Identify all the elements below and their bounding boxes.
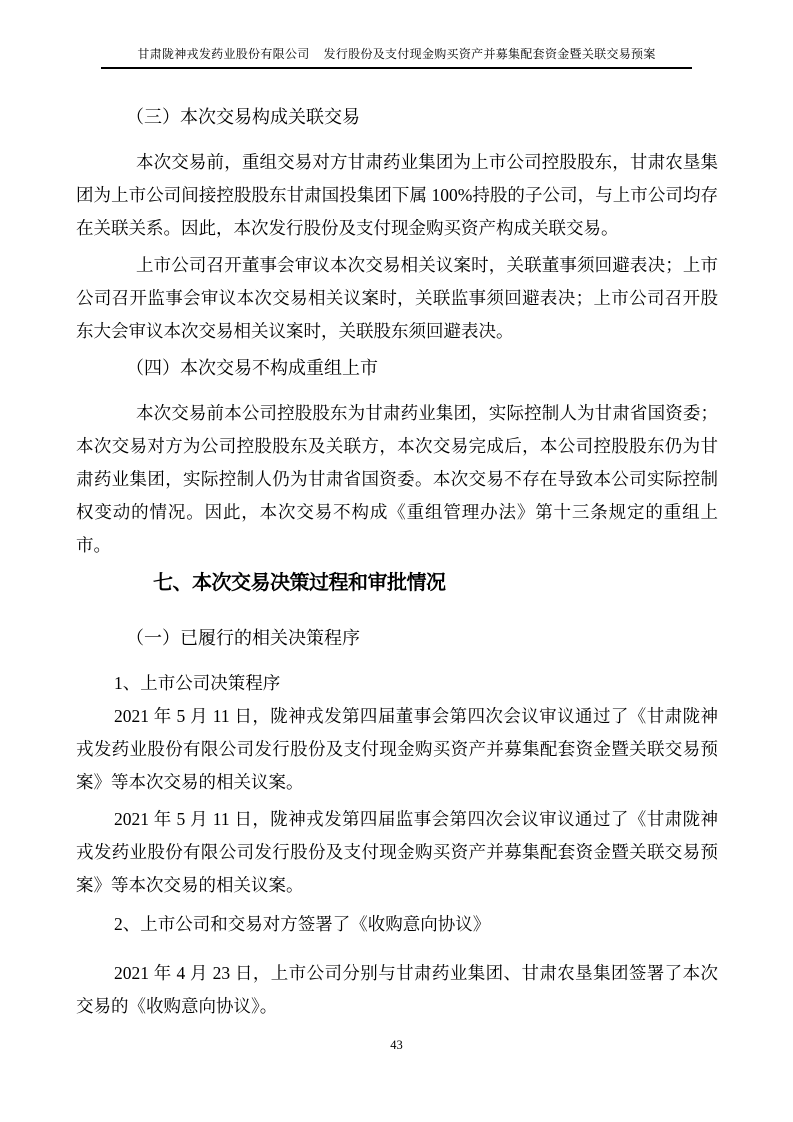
page-header: 甘肃陇神戎发药业股份有限公司发行股份及支付现金购买资产并募集配套资金暨关联交易预… — [101, 45, 692, 69]
section-heading-4: （四）本次交易不构成重组上市 — [76, 352, 718, 385]
page-footer: 43 — [0, 1038, 793, 1053]
section-heading-1: （一）已履行的相关决策程序 — [76, 622, 718, 655]
document-body: （三）本次交易构成关联交易 本次交易前，重组交易对方甘肃药业集团为上市公司控股股… — [76, 99, 718, 1027]
para-no-restructuring-listing: 本次交易前本公司控股股东为甘肃药业集团，实际控制人为甘肃省国资委；本次交易对方为… — [76, 397, 718, 562]
para-board-meeting: 2021 年 5 月 11 日，陇神戎发第四届董事会第四次会议审议通过了《甘肃陇… — [76, 700, 718, 799]
header-company-name: 甘肃陇神戎发药业股份有限公司 — [137, 47, 309, 61]
para-supervisory-meeting: 2021 年 5 月 11 日，陇神戎发第四届监事会第四次会议审议通过了《甘肃陇… — [76, 803, 718, 902]
page-number: 43 — [390, 1038, 403, 1052]
item-1-listed-company-procedure: 1、上市公司决策程序 — [76, 667, 718, 700]
document-page: 甘肃陇神戎发药业股份有限公司发行股份及支付现金购买资产并募集配套资金暨关联交易预… — [0, 0, 793, 1122]
section-heading-3: （三）本次交易构成关联交易 — [76, 101, 718, 134]
header-doc-title: 发行股份及支付现金购买资产并募集配套资金暨关联交易预案 — [324, 47, 656, 61]
para-related-party-transaction: 本次交易前，重组交易对方甘肃药业集团为上市公司控股股东，甘肃农垦集团为上市公司间… — [76, 146, 718, 245]
chapter-heading-7: 七、本次交易决策过程和审批情况 — [153, 566, 718, 600]
para-agreement-signing: 2021 年 4 月 23 日，上市公司分别与甘肃药业集团、甘肃农垦集团签署了本… — [76, 957, 718, 1023]
item-2-acquisition-agreement: 2、上市公司和交易对方签署了《收购意向协议》 — [76, 908, 718, 941]
para-voting-abstention: 上市公司召开董事会审议本次交易相关议案时，关联董事须回避表决；上市公司召开监事会… — [76, 249, 718, 348]
